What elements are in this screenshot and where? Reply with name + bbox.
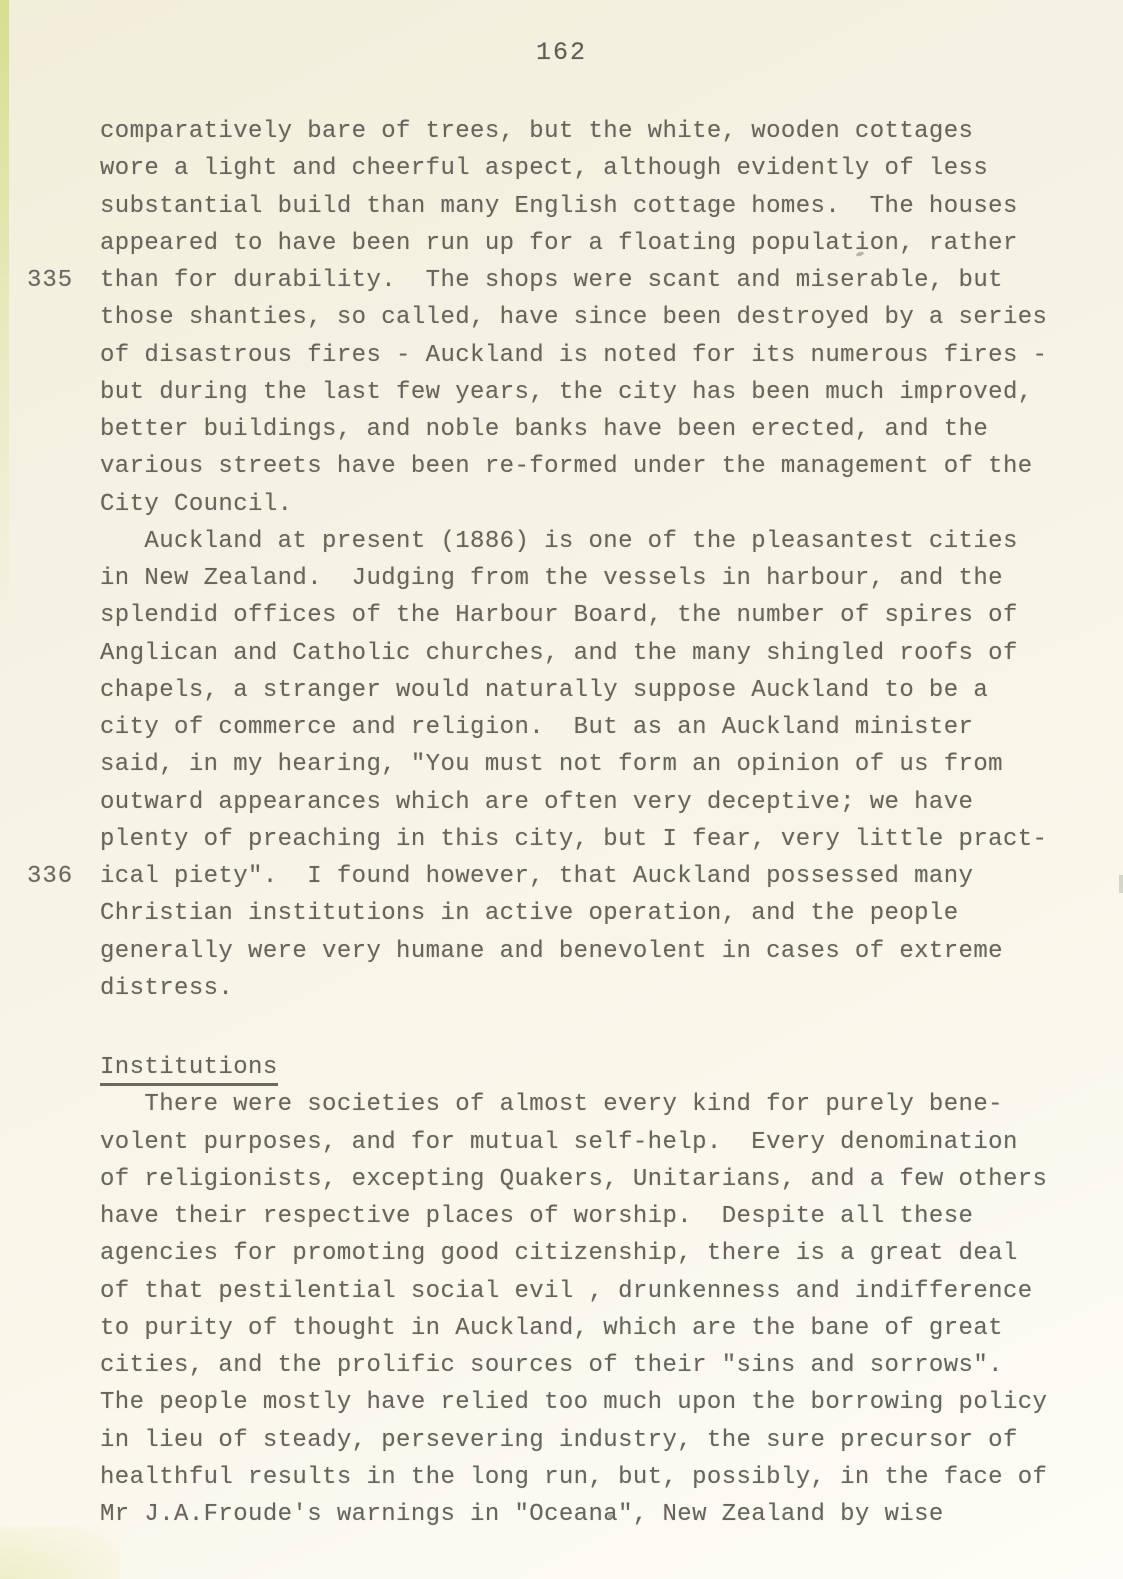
text-line: agencies for promoting good citizenship,… <box>100 1235 1060 1272</box>
text-line: appeared to have been run up for a float… <box>100 225 1060 262</box>
section-heading: Institutions <box>100 1054 278 1086</box>
text-line: said, in my hearing, "You must not form … <box>100 746 1060 783</box>
text-line: of disastrous fires - Auckland is noted … <box>100 337 1060 374</box>
text-line: Auckland at present (1886) is one of the… <box>100 523 1060 560</box>
text-line: but during the last few years, the city … <box>100 374 1060 411</box>
text-line: generally were very humane and benevolen… <box>100 933 1060 970</box>
text-line: of religionists, excepting Quakers, Unit… <box>100 1161 1060 1198</box>
text-line: various streets have been re-formed unde… <box>100 448 1060 485</box>
text-line: substantial build than many English cott… <box>100 188 1060 225</box>
text-line: Mr J.A.Froude's warnings in "Oceana", Ne… <box>100 1496 1060 1533</box>
text-line: cities, and the prolific sources of thei… <box>100 1347 1060 1384</box>
text-line: those shanties, so called, have since be… <box>100 299 1060 336</box>
text-line: in New Zealand. Judging from the vessels… <box>100 560 1060 597</box>
text-line: healthful results in the long run, but, … <box>100 1459 1060 1496</box>
text-line: Anglican and Catholic churches, and the … <box>100 635 1060 672</box>
text-line: plenty of preaching in this city, but I … <box>100 821 1060 858</box>
text-line: splendid offices of the Harbour Board, t… <box>100 597 1060 634</box>
text-line: of that pestilential social evil , drunk… <box>100 1273 1060 1310</box>
text-line: Christian institutions in active operati… <box>100 895 1060 932</box>
document-page: 162 comparatively bare of trees, but the… <box>0 0 1123 1579</box>
text-line: better buildings, and noble banks have b… <box>100 411 1060 448</box>
scan-edge-tint <box>0 0 9 640</box>
text-line: wore a light and cheerful aspect, althou… <box>100 150 1060 187</box>
text-line: volent purposes, and for mutual self-hel… <box>100 1124 1060 1161</box>
text-line: outward appearances which are often very… <box>100 784 1060 821</box>
text-line: have their respective places of worship.… <box>100 1198 1060 1235</box>
text-line: ical piety". I found however, that Auckl… <box>100 858 1060 895</box>
text-line: There were societies of almost every kin… <box>100 1086 1060 1123</box>
text-line: distress. <box>100 970 1060 1007</box>
text-line: chapels, a stranger would naturally supp… <box>100 672 1060 709</box>
text-line: comparatively bare of trees, but the whi… <box>100 113 1060 150</box>
margin-number: 336 <box>27 858 73 895</box>
margin-number: 335 <box>27 262 73 299</box>
scan-edge-mark <box>1119 875 1123 893</box>
scan-corner-tint <box>0 1526 120 1579</box>
text-line: city of commerce and religion. But as an… <box>100 709 1060 746</box>
text-line: in lieu of steady, persevering industry,… <box>100 1422 1060 1459</box>
text-flow: comparatively bare of trees, but the whi… <box>100 113 1060 1533</box>
text-line: than for durability. The shops were scan… <box>100 262 1060 299</box>
text-line: to purity of thought in Auckland, which … <box>100 1310 1060 1347</box>
text-line: City Council. <box>100 486 1060 523</box>
page-number: 162 <box>0 38 1123 67</box>
text-line: The people mostly have relied too much u… <box>100 1384 1060 1421</box>
heading-line: Institutions <box>100 1049 1060 1086</box>
